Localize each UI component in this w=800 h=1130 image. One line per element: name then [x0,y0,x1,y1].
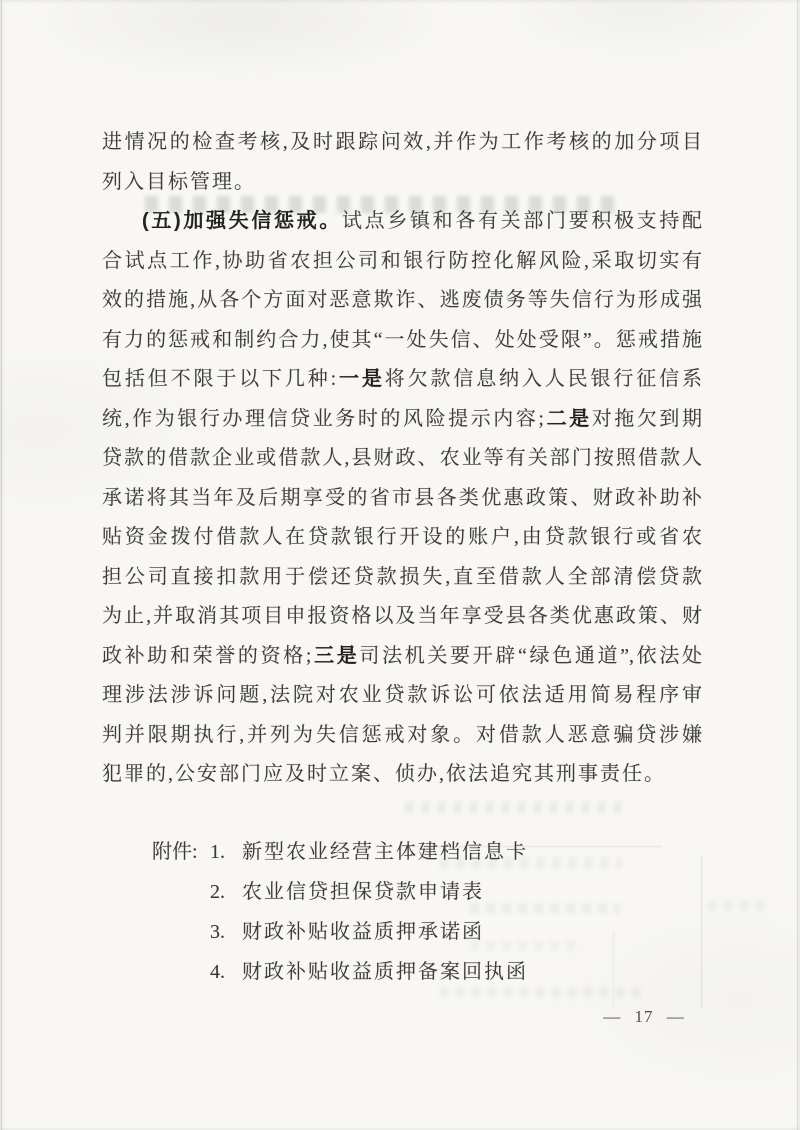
text-run: 包括但不限于以下几种: [102,368,336,390]
attachment-number: 4. [210,952,242,992]
text-line: 犯罪的,公安部门应及时立案、侦办,依法追究其刑事责任。 [102,755,702,795]
attachment-title: 农业信贷担保贷款申请表 [242,881,484,903]
text-run: 统,作为银行办理信贷业务时的风险提示内容; [102,408,544,430]
bleedthrough-smudge [405,801,623,813]
text-line: 贴资金拨付借款人在贷款银行开设的账户,由贷款银行或省农 [102,518,702,558]
attachment-title: 新型农业经营主体建档信息卡 [242,841,528,863]
attachment-number: 1. [210,832,242,872]
text-run: 对拖欠到期 [592,408,702,430]
text-line: 包括但不限于以下几种:一是将欠款信息纳入人民银行征信系 [102,360,702,400]
bleedthrough-smudge [708,900,764,911]
text-line: 担公司直接扣款用于偿还贷款损失,直至借款人全部清偿贷款 [102,558,702,598]
text-line: 有力的惩戒和制约合力,使其“一处失信、处处受限”。惩戒措施 [102,321,702,361]
section-heading: (五)加强失信惩戒。 [142,210,342,232]
page-edge-right [797,0,798,1130]
text-run: 司法机关要开辟“绿色通道”,依法处 [359,645,702,667]
emphasis-run: 一是 [336,368,385,390]
text-line: 合试点工作,协助省农担公司和银行防控化解风险,采取切实有 [102,242,702,282]
text-line: 效的措施,从各个方面对恶意欺诈、逃废债务等失信行为形成强 [102,281,702,321]
attachment-item: 附件:1.新型农业经营主体建档信息卡 [152,832,712,872]
text-line: 贷款的借款企业或借款人,县财政、农业等有关部门按照借款人 [102,439,702,479]
attachment-title: 财政补贴收益质押承诺函 [242,921,484,943]
attachment-item: 4.财政补贴收益质押备案回执函 [152,952,712,992]
text-line: 判并限期执行,并列为失信惩戒对象。对借款人恶意骗贷涉嫌 [102,716,702,756]
text-run: 将欠款信息纳入人民银行征信系 [385,368,702,390]
text-run: 试点乡镇和各有关部门要积极支持配 [342,210,702,232]
page-number: — 17 — [588,1005,700,1029]
text-line: 为止,并取消其项目申报资格以及当年享受县各类优惠政策、财 [102,597,702,637]
text-line: 进情况的检查考核,及时跟踪问效,并作为工作考核的加分项目 [102,123,702,163]
text-line: 理涉法涉诉问题,法院对农业贷款诉讼可依法适用简易程序审 [102,676,702,716]
text-line: (五)加强失信惩戒。试点乡镇和各有关部门要积极支持配 [102,202,702,242]
page-edge-left [1,0,2,1130]
attachment-number: 3. [210,912,242,952]
emphasis-run: 二是 [544,408,592,430]
attachment-number: 2. [210,872,242,912]
attachment-item: 2.农业信贷担保贷款申请表 [152,872,712,912]
attachment-title: 财政补贴收益质押备案回执函 [242,961,528,983]
attachments-list: 附件:1.新型农业经营主体建档信息卡 2.农业信贷担保贷款申请表 3.财政补贴收… [152,832,712,992]
text-line: 承诺将其当年及后期享受的省市县各类优惠政策、财政补助补 [102,479,702,519]
text-run: 政补助和荣誉的资格; [102,645,311,667]
text-line: 政补助和荣誉的资格;三是司法机关要开辟“绿色通道”,依法处 [102,637,702,677]
text-line: 列入目标管理。 [102,163,702,203]
attachment-item: 3.财政补贴收益质押承诺函 [152,912,712,952]
attachments-label: 附件: [152,832,210,872]
text-line: 统,作为银行办理信贷业务时的风险提示内容;二是对拖欠到期 [102,400,702,440]
document-body: 进情况的检查考核,及时跟踪问效,并作为工作考核的加分项目 列入目标管理。 (五)… [102,123,702,795]
scanned-page: 进情况的检查考核,及时跟踪问效,并作为工作考核的加分项目 列入目标管理。 (五)… [0,0,800,1130]
emphasis-run: 三是 [311,645,359,667]
